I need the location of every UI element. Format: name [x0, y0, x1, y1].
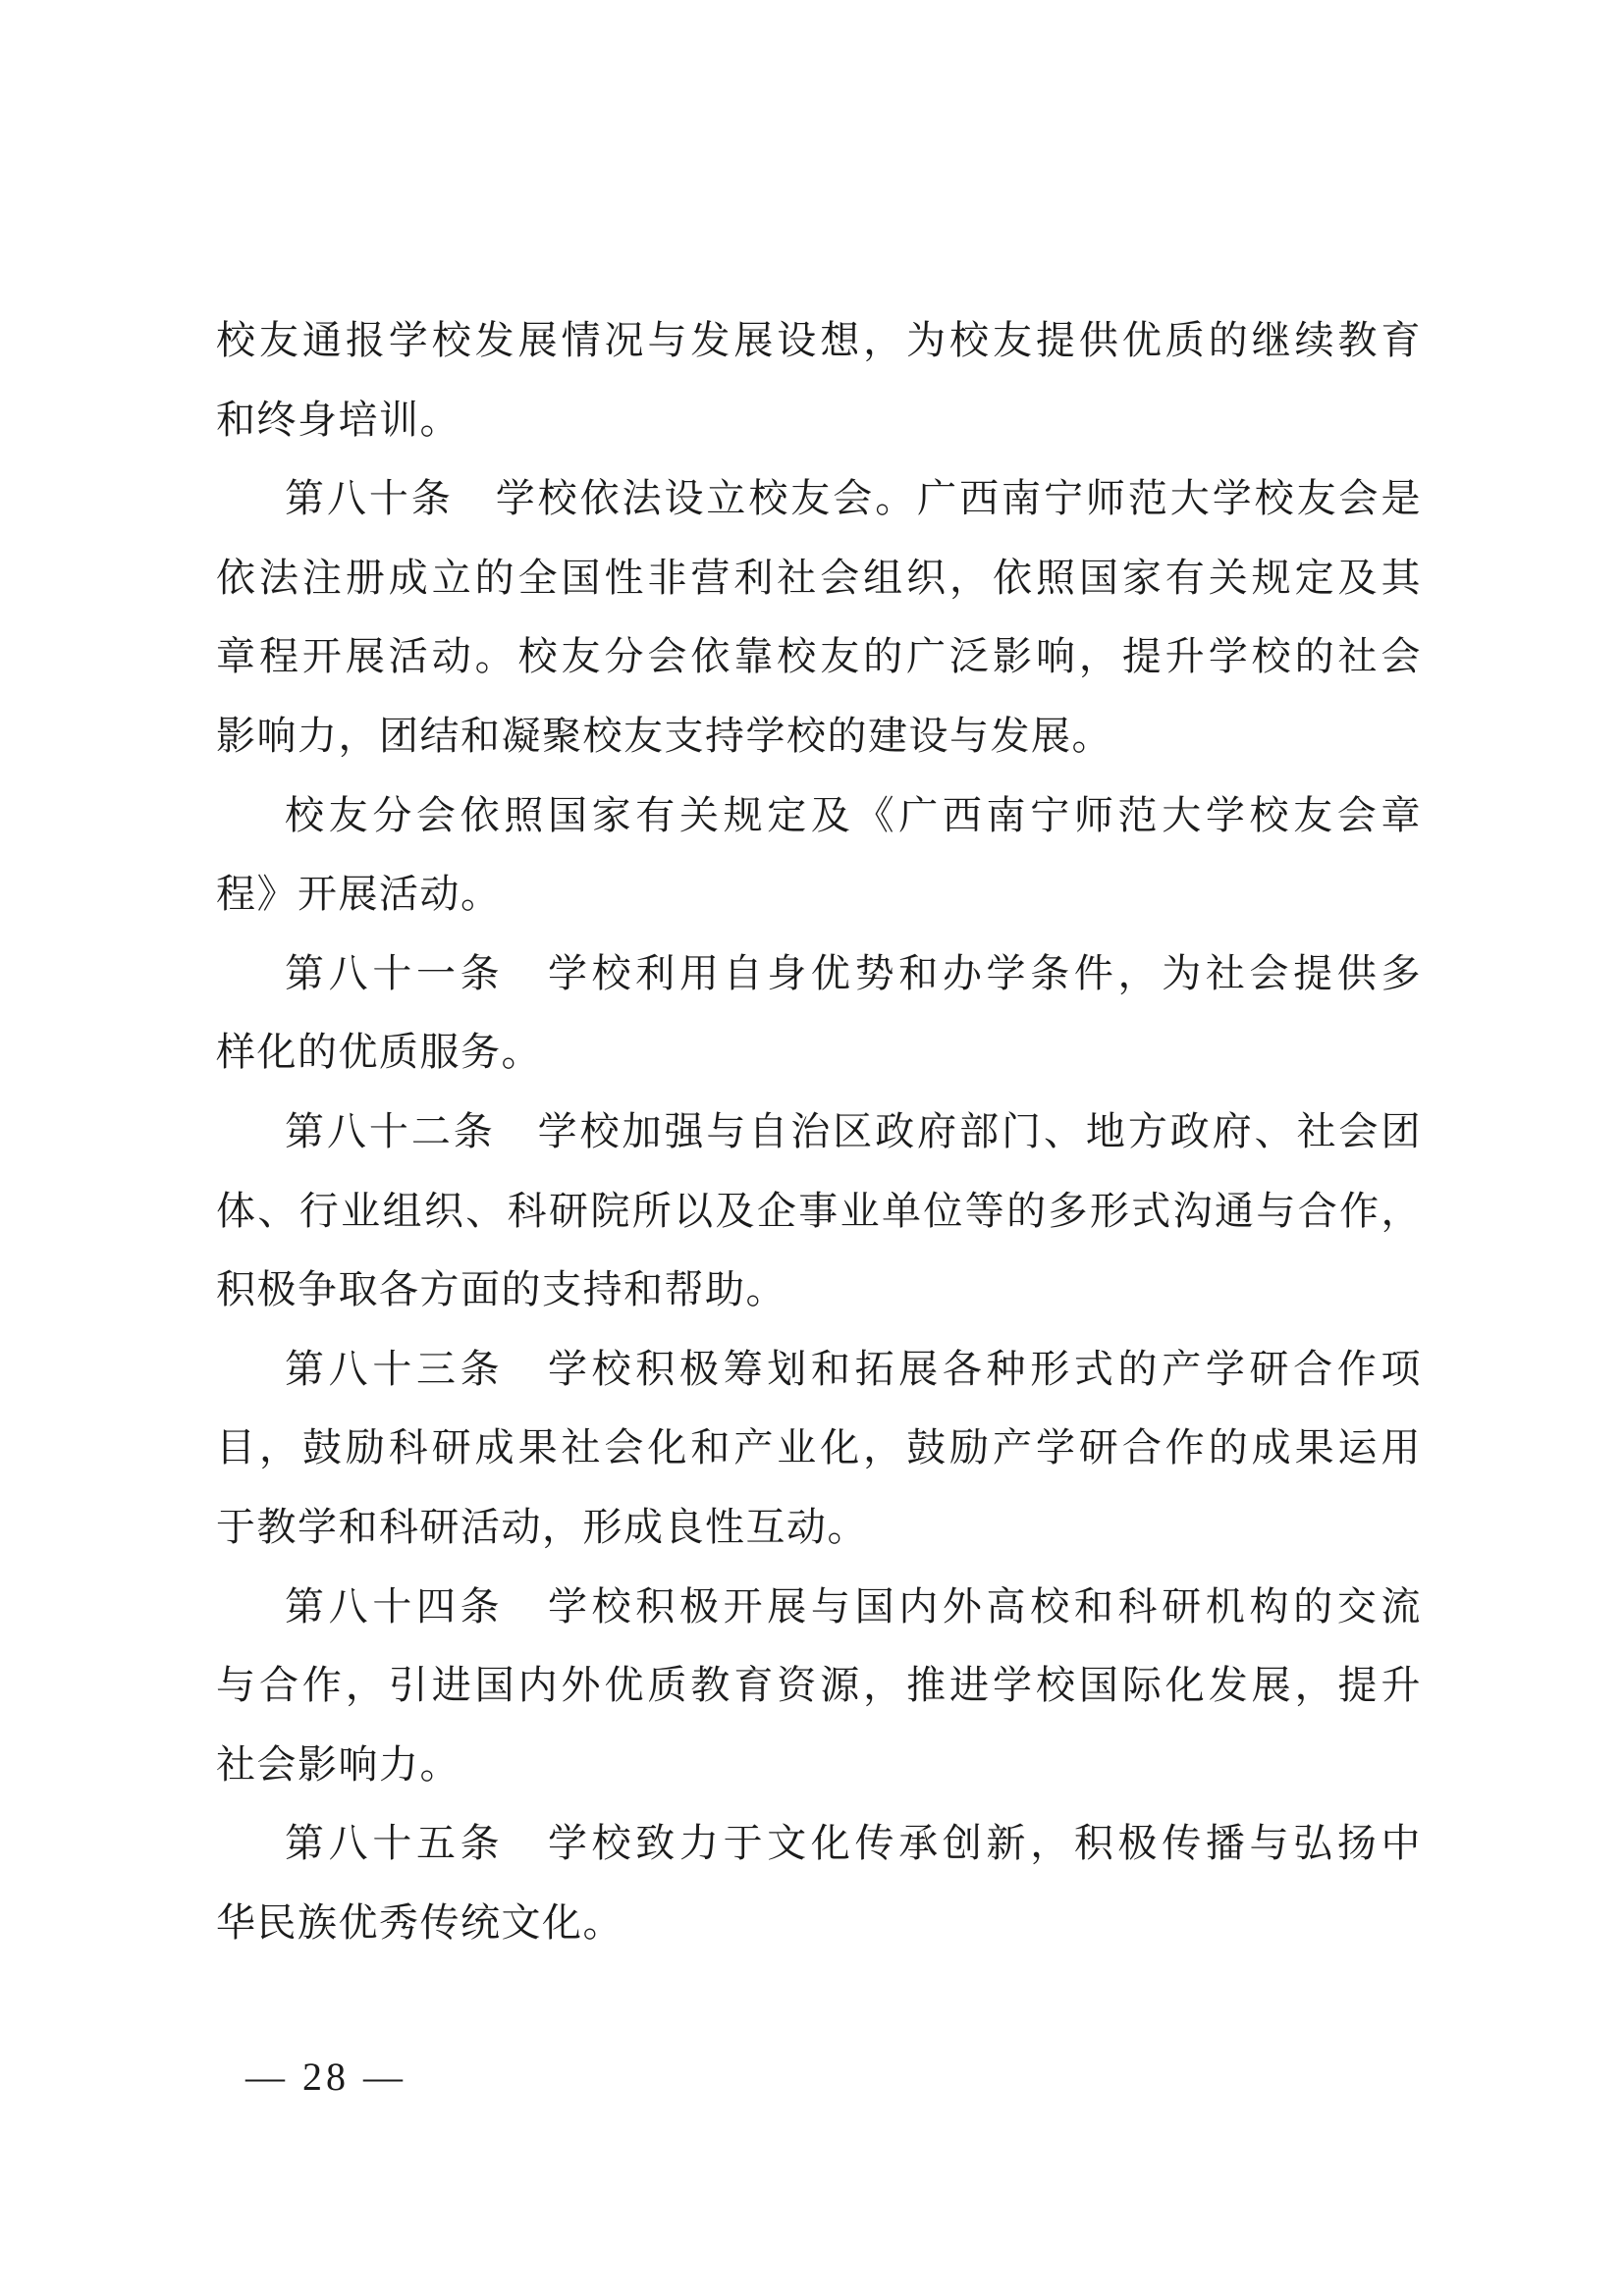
text-line: 影响力，团结和凝聚校友支持学校的建设与发展。: [216, 697, 1422, 776]
text-line: 依法注册成立的全国性非营利社会组织，依照国家有关规定及其: [216, 539, 1422, 618]
text-line: 与合作，引进国内外优质教育资源，推进学校国际化发展，提升: [216, 1646, 1422, 1726]
text-line: 积极争取各方面的支持和帮助。: [216, 1251, 1422, 1330]
text-line: 第八十四条 学校积极开展与国内外高校和科研机构的交流: [216, 1568, 1422, 1647]
text-line: 目，鼓励科研成果社会化和产业化，鼓励产学研合作的成果运用: [216, 1409, 1422, 1488]
text-line: 体、行业组织、科研院所以及企事业单位等的多形式沟通与合作，: [216, 1172, 1422, 1252]
text-line: 社会影响力。: [216, 1726, 1422, 1805]
text-line: 第八十条 学校依法设立校友会。广西南宁师范大学校友会是: [216, 459, 1422, 539]
text-line: 样化的优质服务。: [216, 1013, 1422, 1093]
text-line: 第八十三条 学校积极筹划和拓展各种形式的产学研合作项: [216, 1330, 1422, 1410]
text-line: 第八十五条 学校致力于文化传承创新，积极传播与弘扬中: [216, 1804, 1422, 1884]
document-page: 校友通报学校发展情况与发展设想，为校友提供优质的继续教育和终身培训。第八十条 学…: [0, 0, 1624, 2296]
text-line: 华民族优秀传统文化。: [216, 1884, 1422, 1963]
text-line: 程》开展活动。: [216, 855, 1422, 934]
page-number: — 28 —: [245, 2050, 406, 2105]
text-line: 章程开展活动。校友分会依靠校友的广泛影响，提升学校的社会: [216, 617, 1422, 697]
text-line: 第八十二条 学校加强与自治区政府部门、地方政府、社会团: [216, 1093, 1422, 1172]
text-line: 和终身培训。: [216, 381, 1422, 460]
page-body-text: 校友通报学校发展情况与发展设想，为校友提供优质的继续教育和终身培训。第八十条 学…: [216, 301, 1422, 1962]
text-line: 第八十一条 学校利用自身优势和办学条件，为社会提供多: [216, 934, 1422, 1014]
text-line: 于教学和科研活动，形成良性互动。: [216, 1488, 1422, 1568]
text-line: 校友分会依照国家有关规定及《广西南宁师范大学校友会章: [216, 776, 1422, 856]
text-line: 校友通报学校发展情况与发展设想，为校友提供优质的继续教育: [216, 301, 1422, 381]
